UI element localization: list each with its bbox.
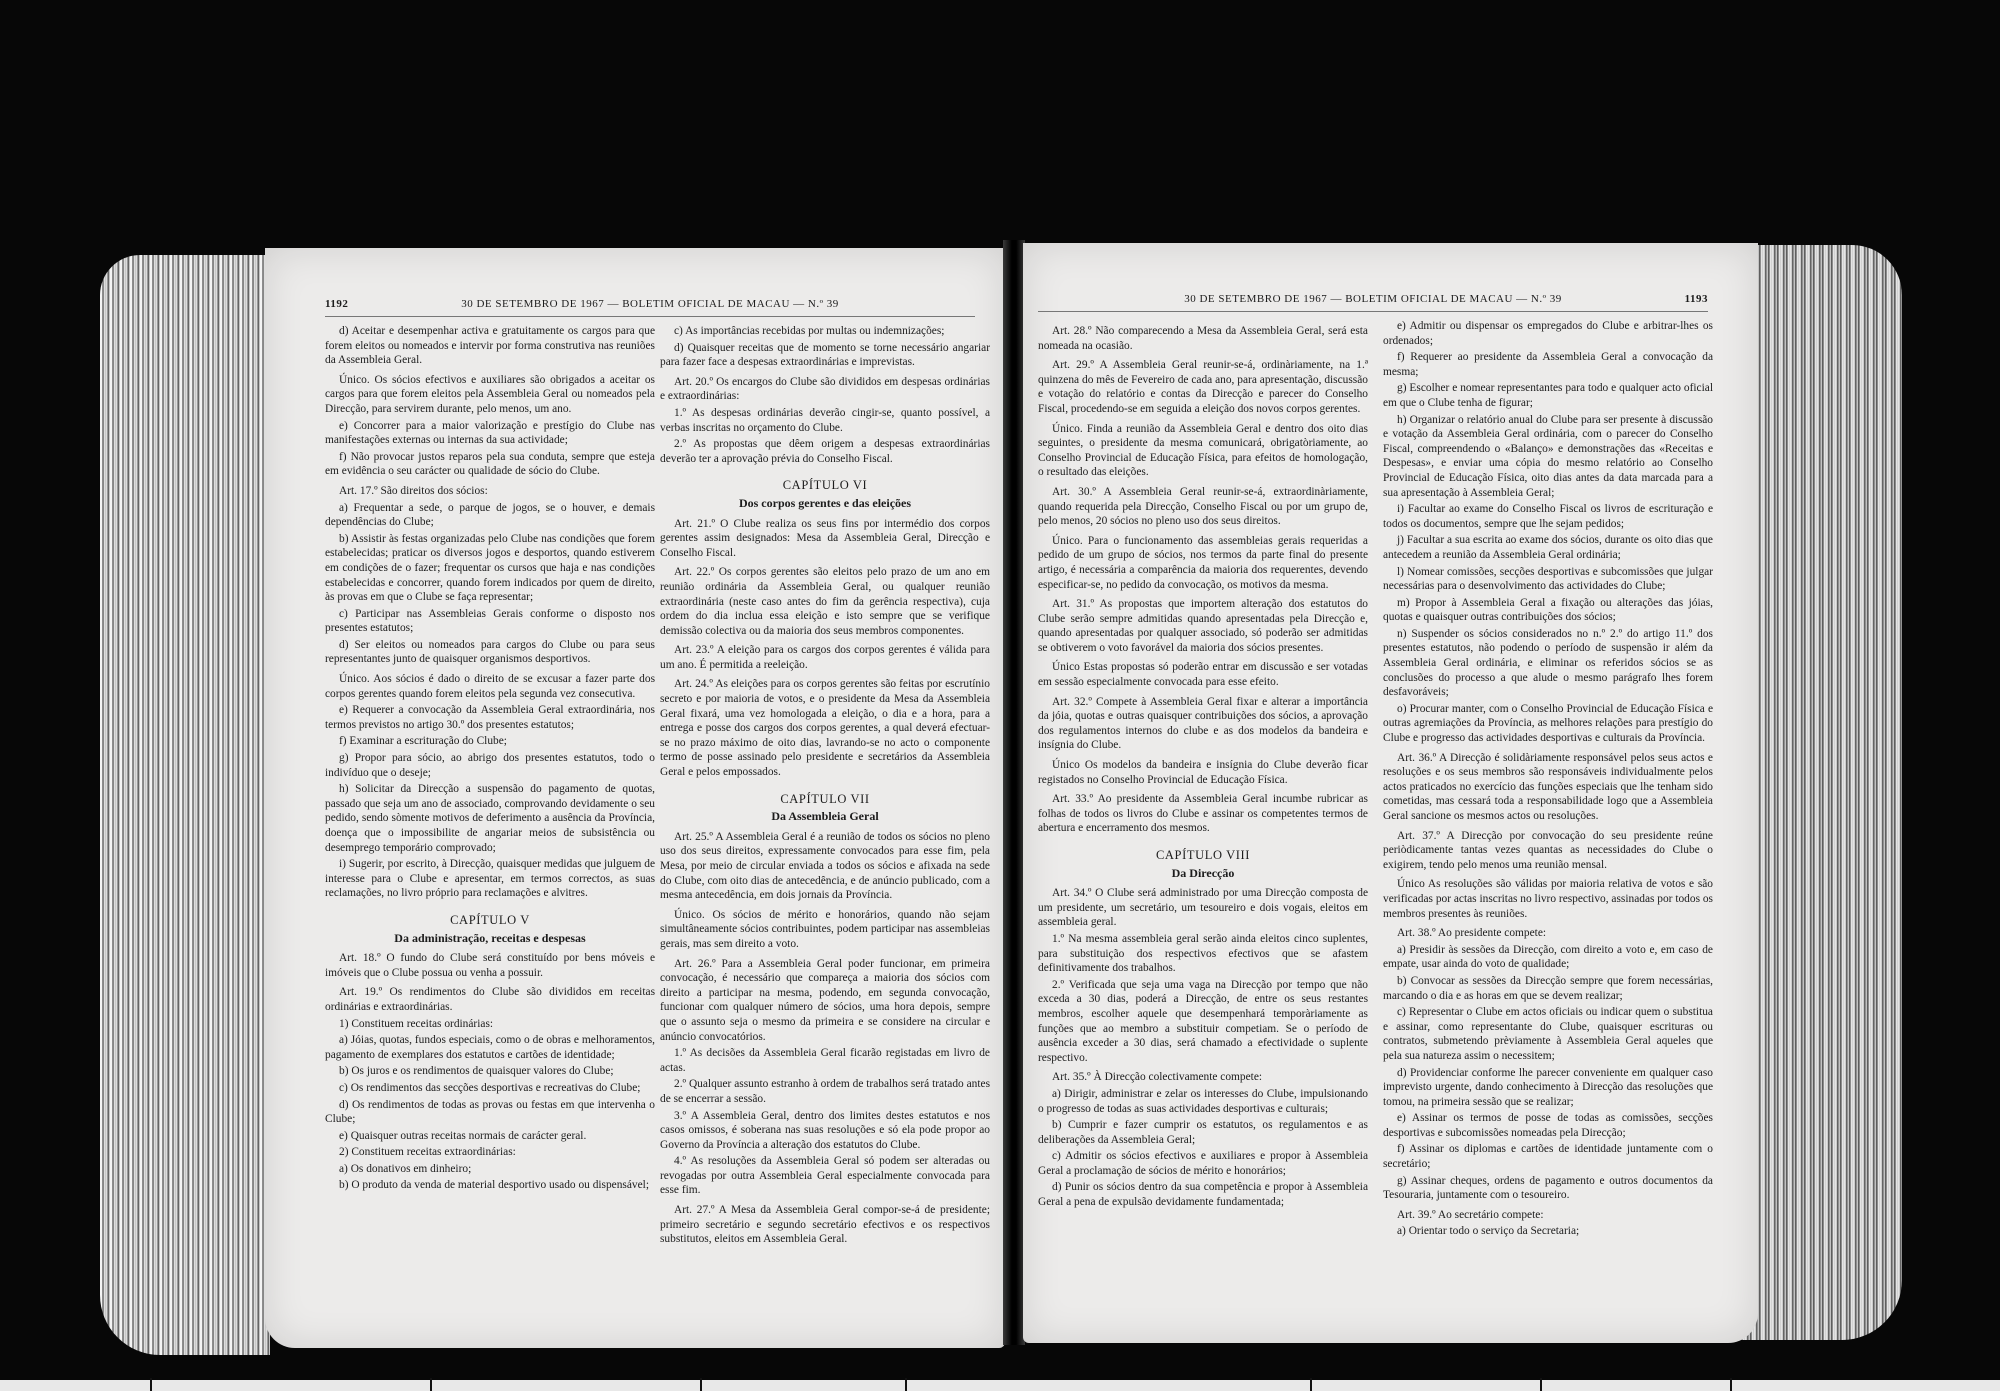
- book-page-edges-right: [1740, 245, 1902, 1340]
- paragraph: c) Admitir os sócios efectivos e auxilia…: [1038, 1149, 1368, 1178]
- paragraph: Único. Para o funcionamento das assemble…: [1038, 534, 1368, 592]
- book-gutter: [1003, 240, 1025, 1345]
- paragraph: l) Nomear comissões, secções desportivas…: [1383, 565, 1713, 594]
- paragraph: Único Os modelos da bandeira e insígnia …: [1038, 758, 1368, 787]
- paragraph: Art. 36.º A Direcção é solidàriamente re…: [1383, 751, 1713, 824]
- paragraph: b) O produto da venda de material despor…: [325, 1178, 655, 1193]
- scanner-ruler-tick: [905, 1378, 907, 1391]
- paragraph: j) Facultar a sua escrita ao exame dos s…: [1383, 533, 1713, 562]
- paragraph: g) Assinar cheques, ordens de pagamento …: [1383, 1174, 1713, 1203]
- paragraph: 1.º As despesas ordinárias deverão cingi…: [660, 406, 990, 435]
- paragraph: Único. Finda a reunião da Assembleia Ger…: [1038, 422, 1368, 480]
- paragraph: Art. 22.º Os corpos gerentes são eleitos…: [660, 565, 990, 638]
- paragraph: a) Frequentar a sede, o parque de jogos,…: [325, 501, 655, 530]
- paragraph: Único. Os sócios efectivos e auxiliares …: [325, 373, 655, 417]
- paragraph: d) Aceitar e desempenhar activa e gratui…: [325, 324, 655, 368]
- scanner-ruler-tick: [430, 1378, 432, 1391]
- scanner-ruler-tick: [1310, 1378, 1312, 1391]
- paragraph: Art. 17.º São direitos dos sócios:: [325, 484, 655, 499]
- paragraph: b) Assistir às festas organizadas pelo C…: [325, 532, 655, 605]
- paragraph: 1) Constituem receitas ordinárias:: [325, 1017, 655, 1032]
- section-heading: Da administração, receitas e despesas: [325, 931, 655, 946]
- column: e) Admitir ou dispensar os empregados do…: [1383, 319, 1713, 1241]
- paragraph: Único. Os sócios de mérito e honorários,…: [660, 908, 990, 952]
- paragraph: 2.º As propostas que dêem origem a despe…: [660, 437, 990, 466]
- scanner-ruler-tick: [700, 1378, 702, 1391]
- paragraph: a) Orientar todo o serviço da Secretaria…: [1383, 1224, 1713, 1239]
- paragraph: d) Quaisquer receitas que de momento se …: [660, 341, 990, 370]
- paragraph: Art. 26.º Para a Assembleia Geral poder …: [660, 957, 990, 1045]
- paragraph: b) Os juros e os rendimentos de quaisque…: [325, 1064, 655, 1079]
- paragraph: 4.º As resoluções da Assembleia Geral só…: [660, 1154, 990, 1198]
- paragraph: b) Cumprir e fazer cumprir os estatutos,…: [1038, 1118, 1368, 1147]
- chapter-heading: CAPÍTULO V: [325, 913, 655, 928]
- paragraph: Único. Aos sócios é dado o direito de se…: [325, 672, 655, 701]
- paragraph: Art. 29.º A Assembleia Geral reunir-se-á…: [1038, 358, 1368, 416]
- page-number: 1193: [1685, 293, 1708, 305]
- paragraph: n) Suspender os sócios considerados no n…: [1383, 627, 1713, 700]
- paragraph: Art. 28.º Não comparecendo a Mesa da Ass…: [1038, 324, 1368, 353]
- paragraph: 2) Constituem receitas extraordinárias:: [325, 1145, 655, 1160]
- scanner-bed-strip: [0, 1380, 2000, 1391]
- paragraph: Art. 37.º A Direcção por convocação do s…: [1383, 829, 1713, 873]
- running-header: 1192 30 DE SETEMBRO DE 1967 — BOLETIM OF…: [325, 298, 975, 317]
- paragraph: e) Assinar os termos de posse de todas a…: [1383, 1111, 1713, 1140]
- chapter-heading: CAPÍTULO VIII: [1038, 848, 1368, 863]
- paragraph: Art. 23.º A eleição para os cargos dos c…: [660, 643, 990, 672]
- paragraph: Art. 31.º As propostas que importem alte…: [1038, 597, 1368, 655]
- chapter-heading: CAPÍTULO VII: [660, 792, 990, 807]
- paragraph: Art. 35.º À Direcção colectivamente comp…: [1038, 1070, 1368, 1085]
- left-page: 1192 30 DE SETEMBRO DE 1967 — BOLETIM OF…: [265, 248, 1005, 1348]
- paragraph: m) Propor à Assembleia Geral a fixação o…: [1383, 596, 1713, 625]
- chapter-heading: CAPÍTULO VI: [660, 478, 990, 493]
- scanner-ruler-tick: [1540, 1378, 1542, 1391]
- paragraph: a) Presidir às sessões da Direcção, com …: [1383, 943, 1713, 972]
- column: Art. 28.º Não comparecendo a Mesa da Ass…: [1038, 319, 1368, 1212]
- running-header: 30 DE SETEMBRO DE 1967 — BOLETIM OFICIAL…: [1038, 293, 1708, 312]
- paragraph: Art. 20.º Os encargos do Clube são divid…: [660, 375, 990, 404]
- paragraph: h) Organizar o relatório anual do Clube …: [1383, 413, 1713, 501]
- paragraph: 1.º Na mesma assembleia geral serão aind…: [1038, 932, 1368, 976]
- paragraph: g) Propor para sócio, ao abrigo dos pres…: [325, 751, 655, 780]
- paragraph: Art. 39.º Ao secretário compete:: [1383, 1208, 1713, 1223]
- paragraph: i) Sugerir, por escrito, à Direcção, qua…: [325, 857, 655, 901]
- paragraph: Art. 18.º O fundo do Clube será constitu…: [325, 951, 655, 980]
- paragraph: f) Assinar os diplomas e cartões de iden…: [1383, 1142, 1713, 1171]
- paragraph: Art. 34.º O Clube será administrado por …: [1038, 886, 1368, 930]
- paragraph: b) Convocar as sessões da Direcção sempr…: [1383, 974, 1713, 1003]
- paragraph: c) Os rendimentos das secções desportiva…: [325, 1081, 655, 1096]
- paragraph: Art. 38.º Ao presidente compete:: [1383, 926, 1713, 941]
- paragraph: Art. 24.º As eleições para os corpos ger…: [660, 677, 990, 779]
- paragraph: Único As resoluções são válidas por maio…: [1383, 877, 1713, 921]
- paragraph: f) Examinar a escrituração do Clube;: [325, 734, 655, 749]
- paragraph: d) Punir os sócios dentro da sua competê…: [1038, 1180, 1368, 1209]
- paragraph: o) Procurar manter, com o Conselho Provi…: [1383, 702, 1713, 746]
- column: c) As importâncias recebidas por multas …: [660, 324, 990, 1249]
- paragraph: Art. 27.º A Mesa da Assembleia Geral com…: [660, 1203, 990, 1247]
- book-page-edges-left: [100, 255, 270, 1355]
- paragraph: Art. 19.º Os rendimentos do Clube são di…: [325, 985, 655, 1014]
- paragraph: e) Admitir ou dispensar os empregados do…: [1383, 319, 1713, 348]
- paragraph: f) Não provocar justos reparos pela sua …: [325, 450, 655, 479]
- paragraph: Art. 33.º Ao presidente da Assembleia Ge…: [1038, 792, 1368, 836]
- paragraph: e) Quaisquer outras receitas normais de …: [325, 1129, 655, 1144]
- paragraph: d) Providenciar conforme lhe parecer con…: [1383, 1066, 1713, 1110]
- scanner-ruler-tick: [150, 1378, 152, 1391]
- paragraph: d) Ser eleitos ou nomeados para cargos d…: [325, 638, 655, 667]
- paragraph: Art. 32.º Compete à Assembleia Geral fix…: [1038, 695, 1368, 753]
- paragraph: e) Requerer a convocação da Assembleia G…: [325, 703, 655, 732]
- paragraph: Art. 21.º O Clube realiza os seus fins p…: [660, 517, 990, 561]
- running-head: 30 DE SETEMBRO DE 1967 — BOLETIM OFICIAL…: [325, 298, 975, 310]
- paragraph: Art. 25.º A Assembleia Geral é a reunião…: [660, 830, 990, 903]
- paragraph: g) Escolher e nomear representantes para…: [1383, 381, 1713, 410]
- paragraph: e) Concorrer para a maior valorização e …: [325, 419, 655, 448]
- paragraph: Único Estas propostas só poderão entrar …: [1038, 660, 1368, 689]
- paragraph: 2.º Verificada que seja uma vaga na Dire…: [1038, 978, 1368, 1066]
- paragraph: c) As importâncias recebidas por multas …: [660, 324, 990, 339]
- section-heading: Da Assembleia Geral: [660, 809, 990, 824]
- section-heading: Dos corpos gerentes e das eleições: [660, 496, 990, 511]
- column: d) Aceitar e desempenhar activa e gratui…: [325, 324, 655, 1195]
- paragraph: f) Requerer ao presidente da Assembleia …: [1383, 350, 1713, 379]
- paragraph: h) Solicitar da Direcção a suspensão do …: [325, 782, 655, 855]
- paragraph: 2.º Qualquer assunto estranho à ordem de…: [660, 1077, 990, 1106]
- running-head: 30 DE SETEMBRO DE 1967 — BOLETIM OFICIAL…: [1038, 293, 1708, 305]
- paragraph: i) Facultar ao exame do Conselho Fiscal …: [1383, 502, 1713, 531]
- paragraph: d) Os rendimentos de todas as provas ou …: [325, 1098, 655, 1127]
- paragraph: 1.º As decisões da Assembleia Geral fica…: [660, 1046, 990, 1075]
- paragraph: a) Dirigir, administrar e zelar os inter…: [1038, 1087, 1368, 1116]
- paragraph: a) Os donativos em dinheiro;: [325, 1162, 655, 1177]
- right-page: 30 DE SETEMBRO DE 1967 — BOLETIM OFICIAL…: [1023, 243, 1758, 1343]
- paragraph: Art. 30.º A Assembleia Geral reunir-se-á…: [1038, 485, 1368, 529]
- section-heading: Da Direcção: [1038, 866, 1368, 881]
- scanner-ruler-tick: [1730, 1378, 1732, 1391]
- paragraph: a) Jóias, quotas, fundos especiais, como…: [325, 1033, 655, 1062]
- paragraph: 3.º A Assembleia Geral, dentro dos limit…: [660, 1109, 990, 1153]
- paragraph: c) Participar nas Assembleias Gerais con…: [325, 607, 655, 636]
- paragraph: c) Representar o Clube em actos oficiais…: [1383, 1005, 1713, 1063]
